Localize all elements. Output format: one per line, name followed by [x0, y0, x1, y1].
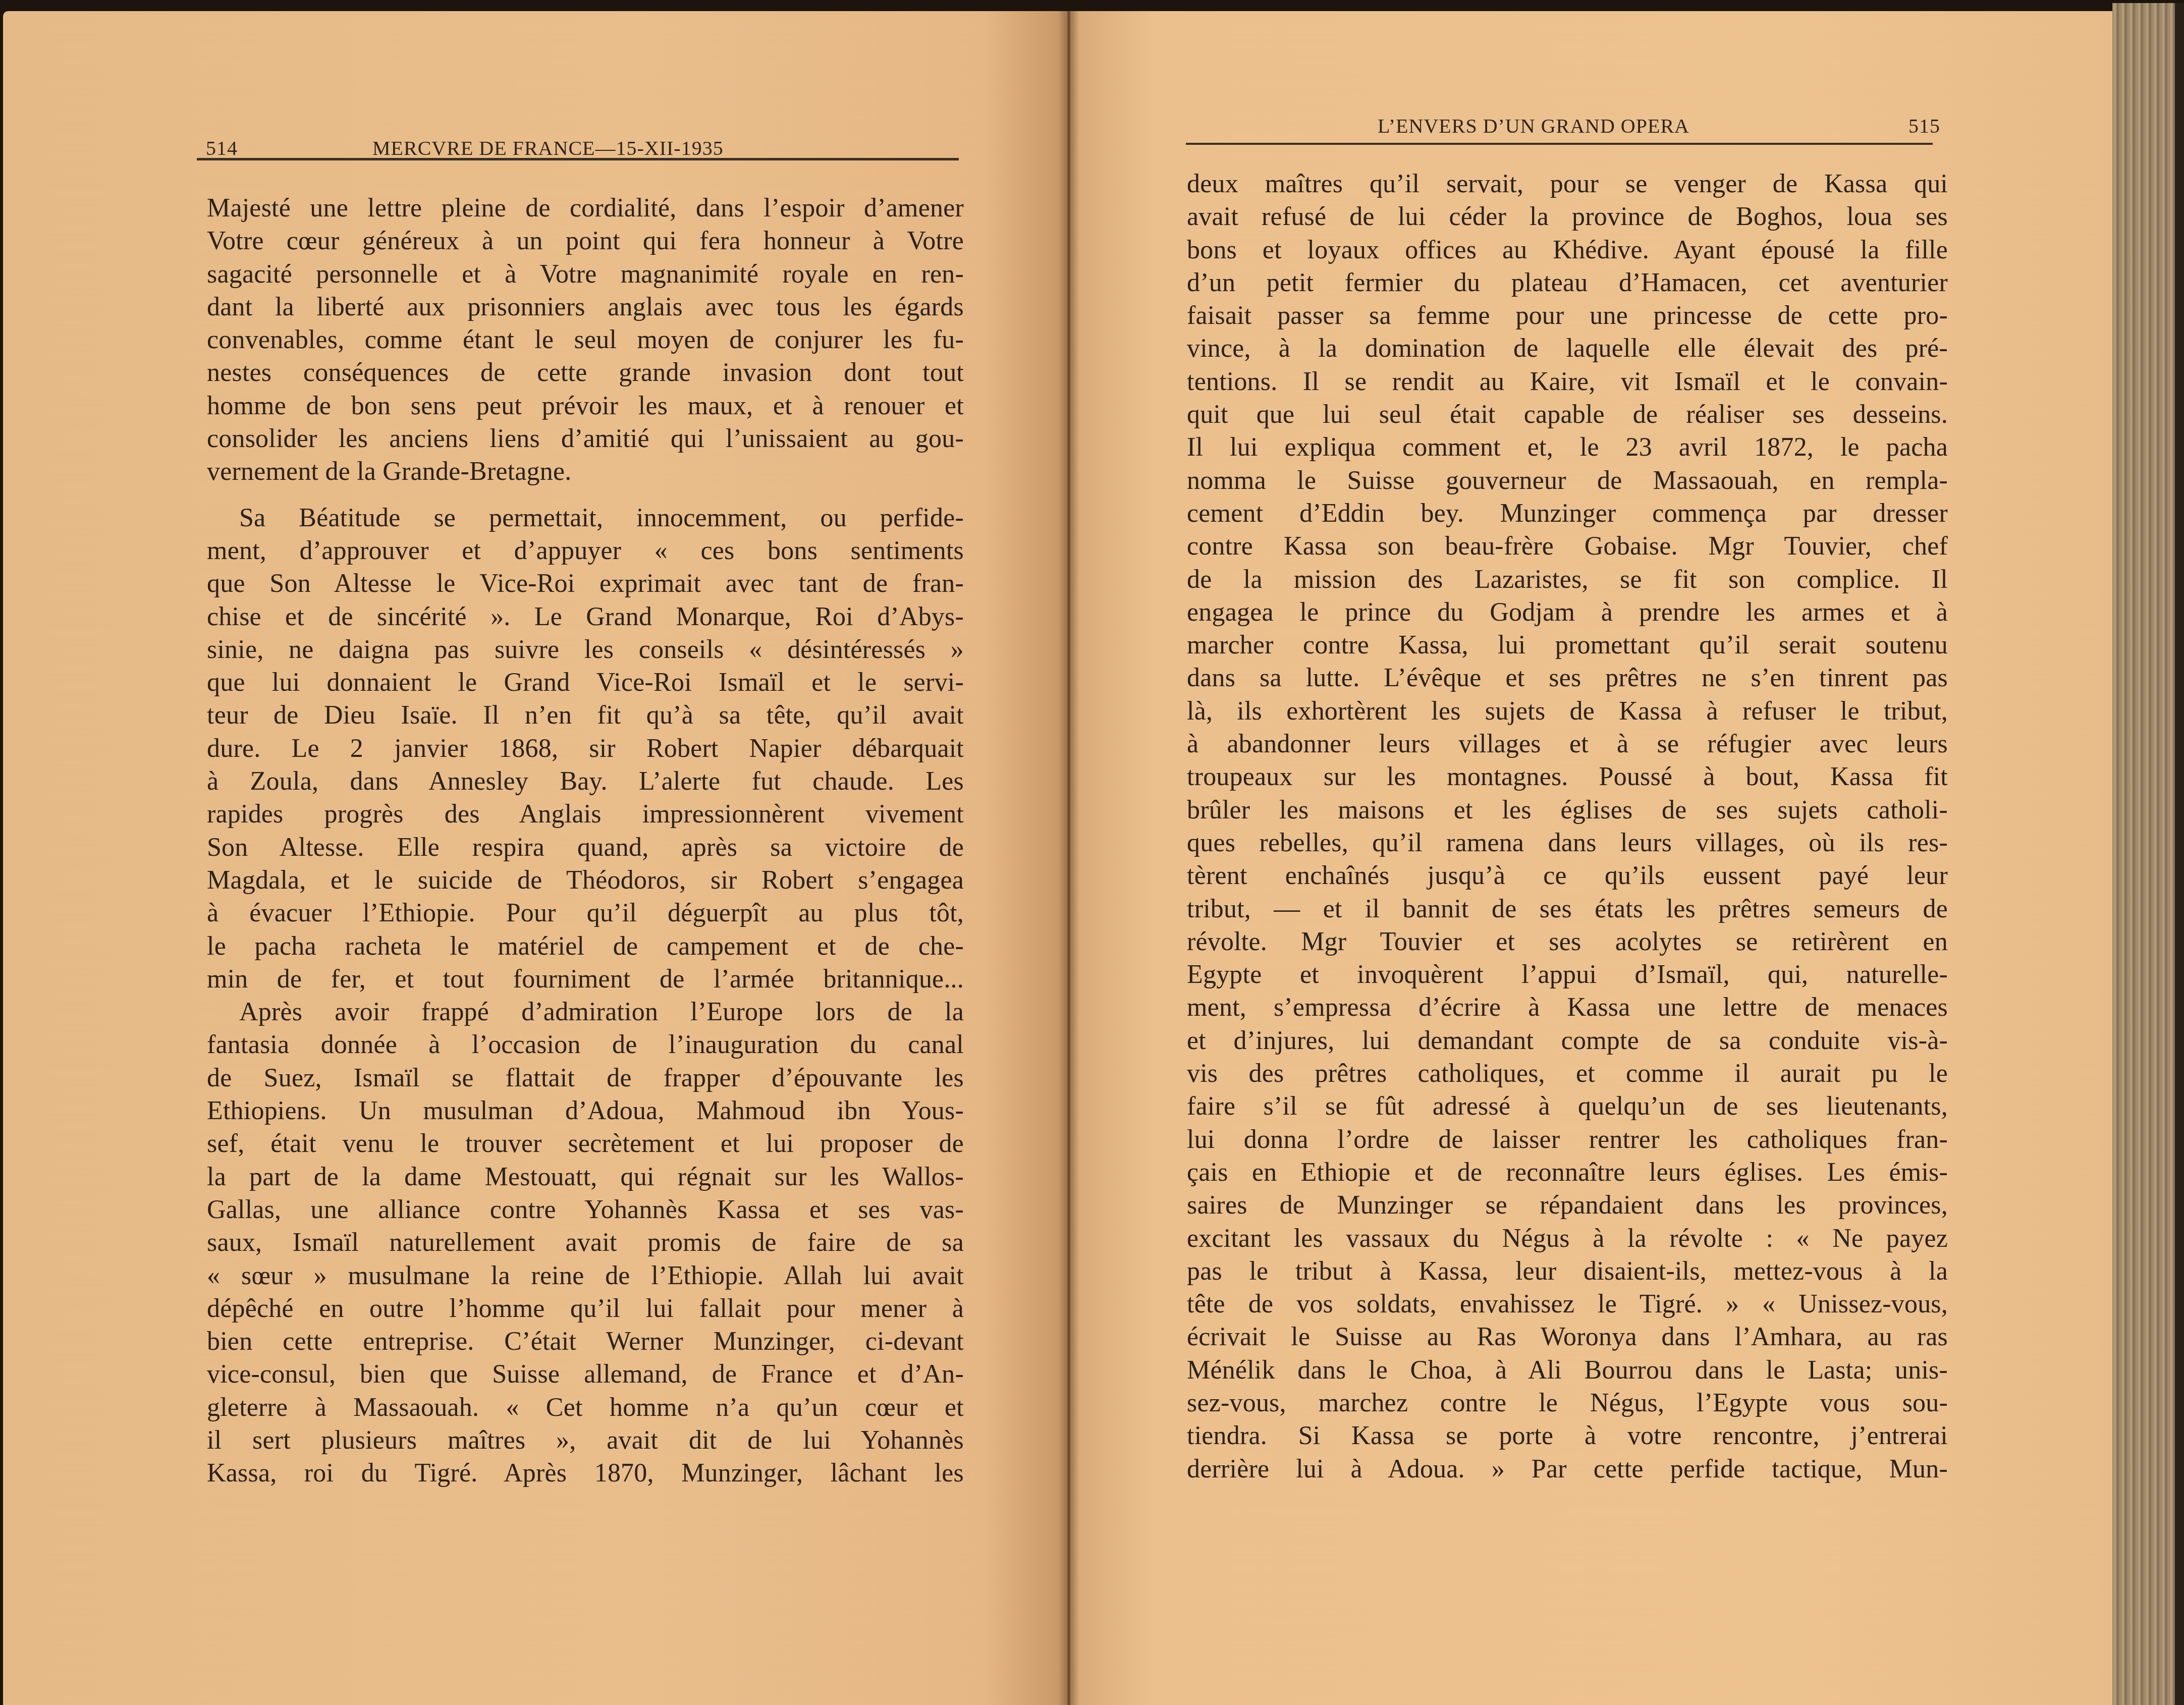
- text-line: pas le tribut à Kassa, leur disaient-ils…: [1187, 1255, 1948, 1288]
- text-line: le pacha racheta le matériel de campemen…: [207, 930, 964, 963]
- text-line: vis des prêtres catholiques, et comme il…: [1187, 1057, 1948, 1090]
- text-line: sinie, ne daigna pas suivre les conseils…: [207, 633, 964, 666]
- text-line: cement d’Eddin bey. Munzinger commença p…: [1187, 497, 1948, 530]
- text-line: convenables, comme étant le seul moyen d…: [207, 323, 964, 356]
- text-line: que Son Altesse le Vice-Roi exprimait av…: [207, 567, 964, 600]
- text-line: çais en Ethiopie et de reconnaître leurs…: [1187, 1156, 1948, 1189]
- text-line: troupeaux sur les montagnes. Poussé à bo…: [1187, 760, 1948, 793]
- text-line: tiendra. Si Kassa se porte à votre renco…: [1187, 1419, 1948, 1452]
- text-line: Il lui expliqua comment et, le 23 avril …: [1187, 431, 1948, 464]
- left-body-text: Majesté une lettre pleine de cordialité,…: [207, 192, 964, 1490]
- text-line: d’un petit fermier du plateau d’Hamacen,…: [1187, 266, 1948, 299]
- text-line: dans sa lutte. L’évêque et ses prêtres n…: [1187, 662, 1948, 694]
- text-line: Magdala, et le suicide de Théodoros, sir…: [207, 864, 964, 897]
- text-line: que lui donnaient le Grand Vice-Roi Isma…: [207, 666, 964, 699]
- left-running-head: MERCVRE DE FRANCE—15-XII-1935: [372, 136, 724, 160]
- text-line: ment, d’approuver et d’appuyer « ces bon…: [207, 534, 964, 567]
- text-line: sez-vous, marchez contre le Négus, l’Egy…: [1187, 1387, 1948, 1419]
- text-line: contre Kassa son beau-frère Gobaise. Mgr…: [1187, 530, 1948, 563]
- text-line: dure. Le 2 janvier 1868, sir Robert Napi…: [207, 732, 964, 765]
- text-line: tèrent enchaînés jusqu’à ce qu’ils eusse…: [1187, 859, 1948, 892]
- text-line: avait refusé de lui céder la province de…: [1187, 200, 1948, 233]
- text-line: la part de la dame Mestouatt, qui régnai…: [207, 1161, 964, 1193]
- text-line: Votre cœur généreux à un point qui fera …: [207, 225, 964, 257]
- text-line: bons et loyaux offices au Khédive. Ayant…: [1187, 234, 1948, 266]
- text-line: homme de bon sens peut prévoir les maux,…: [207, 390, 964, 422]
- paragraph-gap: [207, 488, 964, 502]
- text-line: ques rebelles, qu’il ramena dans leurs v…: [1187, 827, 1948, 859]
- page-block-edges: [2112, 3, 2184, 1705]
- text-line: à Zoula, dans Annesley Bay. L’alerte fut…: [207, 765, 964, 798]
- text-line: lui donna l’ordre de laisser rentrer les…: [1187, 1123, 1948, 1156]
- text-line: deux maîtres qu’il servait, pour se veng…: [1187, 168, 1948, 200]
- right-running-head: L’ENVERS D’UN GRAND OPERA: [1378, 114, 1689, 138]
- text-line: Kassa, roi du Tigré. Après 1870, Munzing…: [207, 1457, 964, 1490]
- text-line: excitant les vassaux du Négus à la révol…: [1187, 1222, 1948, 1255]
- right-page-number: 515: [1908, 114, 1940, 138]
- text-line: brûler les maisons et les églises de ses…: [1187, 794, 1948, 827]
- text-line: ment, s’empressa d’écrire à Kassa une le…: [1187, 991, 1948, 1024]
- text-line: faire s’il se fût adressé à quelqu’un de…: [1187, 1090, 1948, 1123]
- text-line: engagea le prince du Godjam à prendre le…: [1187, 596, 1948, 629]
- text-line: Sa Béatitude se permettait, innocemment,…: [207, 502, 964, 534]
- text-line: consolider les anciens liens d’amitié qu…: [207, 422, 964, 455]
- text-line: de la mission des Lazaristes, se fit son…: [1187, 563, 1948, 596]
- text-line: Gallas, une alliance contre Yohannès Kas…: [207, 1193, 964, 1226]
- right-header-rule: [1186, 143, 1933, 145]
- text-line: Ménélik dans le Choa, à Ali Bourrou dans…: [1187, 1354, 1948, 1387]
- text-line: Majesté une lettre pleine de cordialité,…: [207, 192, 964, 225]
- text-line: gleterre à Massaouah. « Cet homme n’a qu…: [207, 1391, 964, 1424]
- text-line: Son Altesse. Elle respira quand, après s…: [207, 831, 964, 864]
- text-line: fantasia donnée à l’occasion de l’inaugu…: [207, 1028, 964, 1061]
- right-body-text: deux maîtres qu’il servait, pour se veng…: [1187, 168, 1948, 1486]
- left-header-rule: [197, 158, 959, 160]
- text-line: de Suez, Ismaïl se flattait de frapper d…: [207, 1062, 964, 1094]
- text-line: saires de Munzinger se répandaient dans …: [1187, 1189, 1948, 1222]
- text-line: nomma le Suisse gouverneur de Massaouah,…: [1187, 464, 1948, 497]
- text-line: et d’injures, lui demandant compte de sa…: [1187, 1024, 1948, 1057]
- text-line: « sœur » musulmane la reine de l’Ethiopi…: [207, 1259, 964, 1292]
- text-line: tentions. Il se rendit au Kaire, vit Ism…: [1187, 365, 1948, 398]
- text-line: à abandonner leurs villages et à se réfu…: [1187, 728, 1948, 760]
- text-line: écrivait le Suisse au Ras Woronya dans l…: [1187, 1321, 1948, 1353]
- text-line: teur de Dieu Isaïe. Il n’en fit qu’à sa …: [207, 699, 964, 732]
- text-line: sagacité personnelle et à Votre magnanim…: [207, 258, 964, 291]
- text-line: min de fer, et tout fourniment de l’armé…: [207, 963, 964, 996]
- text-line: quit que lui seul était capable de réali…: [1187, 398, 1948, 431]
- book-scan: 514 MERCVRE DE FRANCE—15-XII-1935 L’ENVE…: [0, 0, 2184, 1705]
- text-line: Egypte et invoquèrent l’appui d’Ismaïl, …: [1187, 958, 1948, 991]
- text-line: il sert plusieurs maîtres », avait dit d…: [207, 1424, 964, 1457]
- text-line: à évacuer l’Ethiopie. Pour qu’il déguerp…: [207, 897, 964, 929]
- text-line: derrière lui à Adoua. » Par cette perfid…: [1187, 1453, 1948, 1486]
- text-line: dant la liberté aux prisonniers anglais …: [207, 291, 964, 323]
- text-line: chise et de sincérité ». Le Grand Monarq…: [207, 600, 964, 633]
- text-line: Ethiopiens. Un musulman d’Adoua, Mahmoud…: [207, 1094, 964, 1127]
- book-gutter: [1066, 11, 1072, 1705]
- text-line: révolte. Mgr Touvier et ses acolytes se …: [1187, 925, 1948, 958]
- text-line: vice-consul, bien que Suisse allemand, d…: [207, 1358, 964, 1391]
- text-line: dépêché en outre l’homme qu’il lui falla…: [207, 1292, 964, 1325]
- text-line: bien cette entreprise. C’était Werner Mu…: [207, 1325, 964, 1358]
- text-line: Après avoir frappé d’admiration l’Europe…: [207, 996, 964, 1028]
- text-line: là, ils exhortèrent les sujets de Kassa …: [1187, 695, 1948, 728]
- text-line: nestes conséquences de cette grande inva…: [207, 356, 964, 389]
- text-line: vernement de la Grande-Bretagne.: [207, 455, 964, 488]
- text-line: tête de vos soldats, envahissez le Tigré…: [1187, 1288, 1948, 1321]
- text-line: tribut, — et il bannit de ses états les …: [1187, 893, 1948, 925]
- text-line: rapides progrès des Anglais impressionnè…: [207, 798, 964, 831]
- text-line: faisait passer sa femme pour une princes…: [1187, 299, 1948, 332]
- left-page-number: 514: [206, 136, 238, 160]
- text-line: sef, était venu le trouver secrètement e…: [207, 1127, 964, 1160]
- text-line: saux, Ismaïl naturellement avait promis …: [207, 1226, 964, 1259]
- text-line: marcher contre Kassa, lui promettant qu’…: [1187, 629, 1948, 662]
- text-line: vince, à la domination de laquelle elle …: [1187, 332, 1948, 365]
